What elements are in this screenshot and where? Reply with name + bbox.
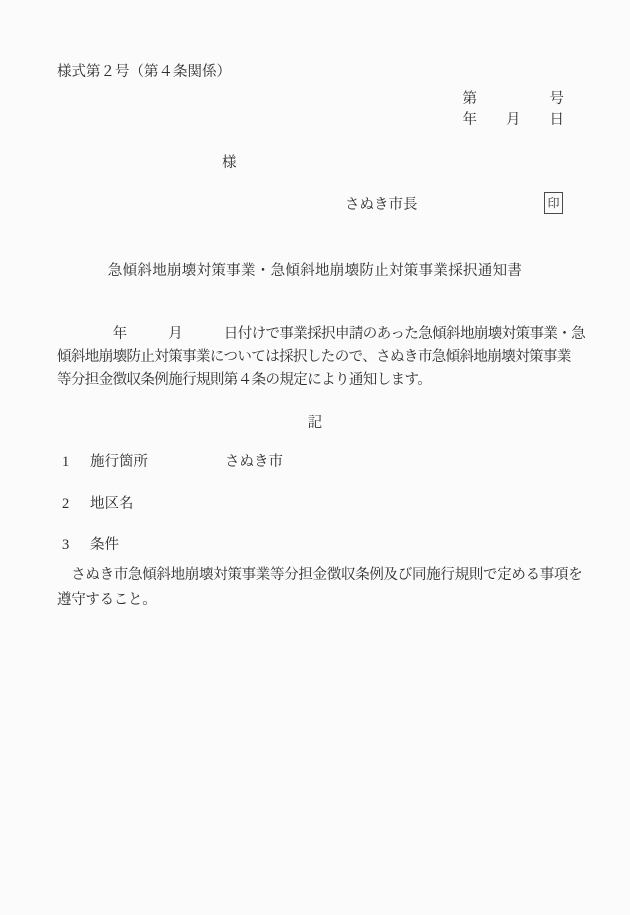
body-line: 年 月 日付けで事業採択申請のあった急傾斜地崩壊対策事業・急 <box>57 323 585 346</box>
item-number: 2 <box>62 496 90 513</box>
seal-mark: 印 <box>547 197 559 209</box>
condition-line: さぬき市急傾斜地崩壊対策事業等分担金徴収条例及び同施行規則で定める事項を <box>57 563 582 588</box>
item-label: 地区名 <box>90 496 225 513</box>
condition-paragraph: さぬき市急傾斜地崩壊対策事業等分担金徴収条例及び同施行規則で定める事項を 遵守す… <box>57 563 582 613</box>
item-label: 施行箇所 <box>90 454 225 471</box>
item-number: 3 <box>62 537 90 554</box>
list-item-conditions: 3条件 <box>62 537 225 554</box>
body-line: 傾斜地崩壊防止対策事業については採択したので、さぬき市急傾斜地崩壊対策事業 <box>57 346 585 369</box>
item-value: さぬき市 <box>225 454 283 470</box>
body-paragraph: 年 月 日付けで事業採択申請のあった急傾斜地崩壊対策事業・急 傾斜地崩壊防止対策… <box>57 323 585 392</box>
addressee-suffix: 様 <box>222 155 237 172</box>
item-label: 条件 <box>90 537 225 554</box>
item-number: 1 <box>62 454 90 471</box>
document-title: 急傾斜地崩壊対策事業・急傾斜地崩壊防止対策事業採択通知書 <box>0 259 630 280</box>
document-page: 様式第２号（第４条関係） 第 号 年 月 日 様 さぬき市長 印 急傾斜地崩壊対… <box>0 0 630 915</box>
list-item-district-name: 2地区名 <box>62 496 225 513</box>
list-item-construction-site: 1施行箇所さぬき市 <box>62 454 283 471</box>
sender-name: さぬき市長 <box>345 197 418 214</box>
seal-box: 印 <box>544 192 563 214</box>
document-number-line: 第 号 <box>463 89 565 110</box>
ki-heading: 記 <box>0 411 630 432</box>
form-number-label: 様式第２号（第４条関係） <box>57 64 231 81</box>
body-line: 等分担金徴収条例施行規則第４条の規定により通知します。 <box>57 369 585 392</box>
document-number-block: 第 号 年 月 日 <box>463 89 565 131</box>
document-date-line: 年 月 日 <box>463 110 565 131</box>
condition-line: 遵守すること。 <box>57 588 582 613</box>
